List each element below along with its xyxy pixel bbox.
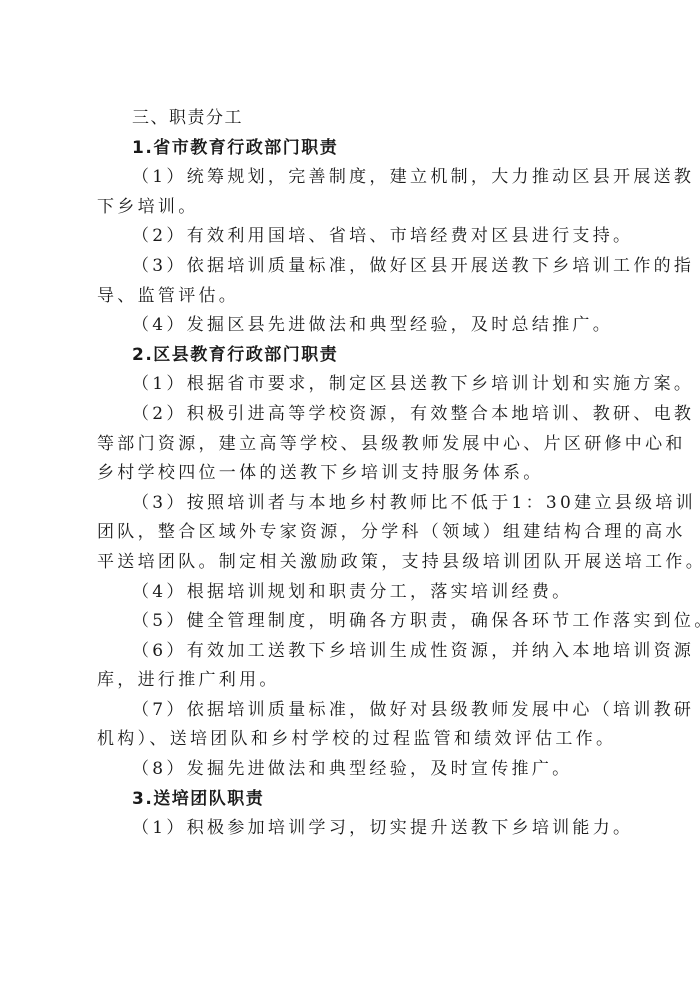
paragraph-line: 导、监管评估。	[97, 282, 605, 312]
list-item: （2）积极引进高等学校资源，有效整合本地培训、教研、电教 等部门资源，建立高等学…	[97, 400, 605, 489]
paragraph-line: （1）积极参加培训学习，切实提升送教下乡培训能力。	[97, 814, 605, 844]
list-item: （7）依据培训质量标准，做好对县级教师发展中心（培训教研 机构）、送培团队和乡村…	[97, 696, 605, 755]
paragraph-line: （4）根据培训规划和职责分工，落实培训经费。	[97, 578, 605, 608]
subsection-training-team: 3.送培团队职责 （1）积极参加培训学习，切实提升送教下乡培训能力。	[97, 785, 605, 844]
paragraph-line: （1）统筹规划，完善制度，建立机制，大力推动区县开展送教	[97, 163, 605, 193]
paragraph-line: （8）发掘先进做法和典型经验，及时宣传推广。	[97, 755, 605, 785]
paragraph-line: 库，进行推广利用。	[97, 666, 605, 696]
list-item: （4）根据培训规划和职责分工，落实培训经费。	[97, 578, 605, 608]
paragraph-line: 下乡培训。	[97, 193, 605, 223]
list-item: （2）有效利用国培、省培、市培经费对区县进行支持。	[97, 222, 605, 252]
paragraph-line: 乡村学校四位一体的送教下乡培训支持服务体系。	[97, 459, 605, 489]
list-item: （3）按照培训者与本地乡村教师比不低于1：30建立县级培训 团队，整合区域外专家…	[97, 489, 605, 578]
paragraph-line: （3）依据培训质量标准，做好区县开展送教下乡培训工作的指	[97, 252, 605, 282]
paragraph-line: （2）积极引进高等学校资源，有效整合本地培训、教研、电教	[97, 400, 605, 430]
subsection-heading: 1.省市教育行政部门职责	[97, 134, 605, 164]
paragraph-line: （7）依据培训质量标准，做好对县级教师发展中心（培训教研	[97, 696, 605, 726]
list-item: （1）统筹规划，完善制度，建立机制，大力推动区县开展送教 下乡培训。	[97, 163, 605, 222]
paragraph-line: 等部门资源，建立高等学校、县级教师发展中心、片区研修中心和	[97, 430, 605, 460]
paragraph-line: （5）健全管理制度，明确各方职责，确保各环节工作落实到位。	[97, 607, 605, 637]
subsection-heading: 3.送培团队职责	[97, 785, 605, 815]
subsection-county: 2.区县教育行政部门职责 （1）根据省市要求，制定区县送教下乡培训计划和实施方案…	[97, 341, 605, 785]
section-title: 三、职责分工	[97, 104, 605, 134]
subsection-heading: 2.区县教育行政部门职责	[97, 341, 605, 371]
list-item: （8）发掘先进做法和典型经验，及时宣传推广。	[97, 755, 605, 785]
list-item: （4）发掘区县先进做法和典型经验，及时总结推广。	[97, 311, 605, 341]
paragraph-line: （1）根据省市要求，制定区县送教下乡培训计划和实施方案。	[97, 370, 605, 400]
paragraph-line: （6）有效加工送教下乡培训生成性资源，并纳入本地培训资源	[97, 637, 605, 667]
document-page: 三、职责分工 1.省市教育行政部门职责 （1）统筹规划，完善制度，建立机制，大力…	[97, 104, 605, 844]
list-item: （1）根据省市要求，制定区县送教下乡培训计划和实施方案。	[97, 370, 605, 400]
paragraph-line: （3）按照培训者与本地乡村教师比不低于1：30建立县级培训	[97, 489, 605, 519]
list-item: （5）健全管理制度，明确各方职责，确保各环节工作落实到位。	[97, 607, 605, 637]
list-item: （1）积极参加培训学习，切实提升送教下乡培训能力。	[97, 814, 605, 844]
list-item: （3）依据培训质量标准，做好区县开展送教下乡培训工作的指 导、监管评估。	[97, 252, 605, 311]
list-item: （6）有效加工送教下乡培训生成性资源，并纳入本地培训资源 库，进行推广利用。	[97, 637, 605, 696]
paragraph-line: （4）发掘区县先进做法和典型经验，及时总结推广。	[97, 311, 605, 341]
paragraph-line: （2）有效利用国培、省培、市培经费对区县进行支持。	[97, 222, 605, 252]
paragraph-line: 团队，整合区域外专家资源，分学科（领域）组建结构合理的高水	[97, 518, 605, 548]
paragraph-line: 机构）、送培团队和乡村学校的过程监管和绩效评估工作。	[97, 725, 605, 755]
paragraph-line: 平送培团队。制定相关激励政策，支持县级培训团队开展送培工作。	[97, 548, 605, 578]
subsection-provincial: 1.省市教育行政部门职责 （1）统筹规划，完善制度，建立机制，大力推动区县开展送…	[97, 134, 605, 341]
